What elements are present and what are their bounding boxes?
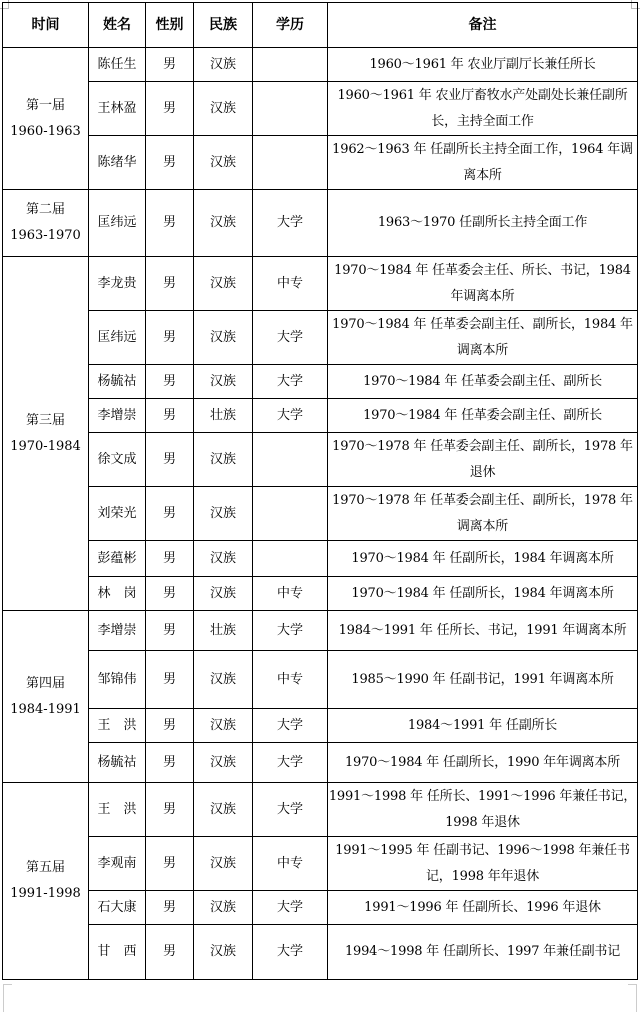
header-note: 备注 xyxy=(328,3,638,48)
table-row: 刘荣光男汉族1970～1978 年 任革委会副主任、副所长，1978 年调离本所 xyxy=(3,487,638,541)
table-row: 第三届1970-1984李龙贵男汉族中专1970～1984 年 任革委会主任、所… xyxy=(3,257,638,311)
ethnicity-cell: 汉族 xyxy=(194,311,253,365)
header-name: 姓名 xyxy=(89,3,146,48)
header-ethnicity: 民族 xyxy=(194,3,253,48)
education-cell: 大学 xyxy=(253,709,328,743)
education-cell xyxy=(253,82,328,136)
ethnicity-cell: 汉族 xyxy=(194,783,253,837)
table-row: 杨毓祜男汉族大学1970～1984 年 任副所长，1990 年年调离本所 xyxy=(3,743,638,783)
name-cell: 刘荣光 xyxy=(89,487,146,541)
ethnicity-cell: 汉族 xyxy=(194,743,253,783)
ethnicity-cell: 汉族 xyxy=(194,577,253,611)
note-cell: 1970～1978 年 任革委会副主任、副所长，1978 年调离本所 xyxy=(328,487,638,541)
table-row: 李增崇男壮族大学1970～1984 年 任革委会副主任、副所长 xyxy=(3,399,638,433)
education-cell xyxy=(253,48,328,82)
term-name: 第五届 xyxy=(3,855,88,881)
name-cell: 陈绪华 xyxy=(89,136,146,190)
gender-cell: 男 xyxy=(146,837,194,891)
education-cell: 大学 xyxy=(253,611,328,651)
ethnicity-cell: 汉族 xyxy=(194,925,253,980)
note-cell: 1994～1998 年 任副所长、1997 年兼任副书记 xyxy=(328,925,638,980)
term-cell: 第四届1984-1991 xyxy=(3,611,89,783)
gender-cell: 男 xyxy=(146,709,194,743)
education-cell xyxy=(253,541,328,577)
ethnicity-cell: 汉族 xyxy=(194,257,253,311)
ethnicity-cell: 壮族 xyxy=(194,611,253,651)
name-cell: 杨毓祜 xyxy=(89,365,146,399)
gender-cell: 男 xyxy=(146,433,194,487)
table-row: 甘 西男汉族大学1994～1998 年 任副所长、1997 年兼任副书记 xyxy=(3,925,638,980)
table-row: 邹锦伟男汉族中专1985～1990 年 任副书记，1991 年调离本所 xyxy=(3,651,638,709)
name-cell: 石大康 xyxy=(89,891,146,925)
header-education: 学历 xyxy=(253,3,328,48)
term-years: 1963-1970 xyxy=(3,223,88,249)
ethnicity-cell: 汉族 xyxy=(194,48,253,82)
page-corner-mark xyxy=(628,984,637,1012)
note-cell: 1984～1991 年 任副所长 xyxy=(328,709,638,743)
gender-cell: 男 xyxy=(146,190,194,257)
name-cell: 李增崇 xyxy=(89,611,146,651)
ethnicity-cell: 汉族 xyxy=(194,190,253,257)
education-cell xyxy=(253,433,328,487)
note-cell: 1984～1991 年 任所长、书记，1991 年调离本所 xyxy=(328,611,638,651)
note-cell: 1970～1984 年 任副所长，1984 年调离本所 xyxy=(328,577,638,611)
ethnicity-cell: 汉族 xyxy=(194,487,253,541)
name-cell: 王 洪 xyxy=(89,709,146,743)
name-cell: 李观南 xyxy=(89,837,146,891)
term-name: 第二届 xyxy=(3,197,88,223)
name-cell: 王 洪 xyxy=(89,783,146,837)
education-cell: 大学 xyxy=(253,925,328,980)
note-cell: 1962～1963 年 任副所长主持全面工作，1964 年调离本所 xyxy=(328,136,638,190)
table-row: 王林盈男汉族1960～1961 年 农业厅畜牧水产处副处长兼任副所长，主持全面工… xyxy=(3,82,638,136)
table-row: 第四届1984-1991李增崇男壮族大学1984～1991 年 任所长、书记，1… xyxy=(3,611,638,651)
gender-cell: 男 xyxy=(146,783,194,837)
name-cell: 邹锦伟 xyxy=(89,651,146,709)
page-corner-mark xyxy=(3,984,12,1012)
note-cell: 1963～1970 任副所长主持全面工作 xyxy=(328,190,638,257)
note-cell: 1991～1998 年 任所长、1991～1996 年兼任书记，1998 年退休 xyxy=(328,783,638,837)
gender-cell: 男 xyxy=(146,611,194,651)
table-row: 李观南男汉族中专1991～1995 年 任副书记、1996～1998 年兼任书记… xyxy=(3,837,638,891)
note-cell: 1985～1990 年 任副书记，1991 年调离本所 xyxy=(328,651,638,709)
note-cell: 1970～1984 年 任革委会副主任、副所长，1984 年调离本所 xyxy=(328,311,638,365)
ethnicity-cell: 汉族 xyxy=(194,136,253,190)
ethnicity-cell: 汉族 xyxy=(194,82,253,136)
note-cell: 1960～1961 年 农业厅副厅长兼任所长 xyxy=(328,48,638,82)
table-row: 彭蕴彬男汉族1970～1984 年 任副所长，1984 年调离本所 xyxy=(3,541,638,577)
gender-cell: 男 xyxy=(146,743,194,783)
term-name: 第一届 xyxy=(3,93,88,119)
note-cell: 1970～1978 年 任革委会副主任、副所长，1978 年退休 xyxy=(328,433,638,487)
header-time: 时间 xyxy=(3,3,89,48)
education-cell: 大学 xyxy=(253,311,328,365)
education-cell: 中专 xyxy=(253,257,328,311)
name-cell: 匡纬远 xyxy=(89,311,146,365)
education-cell xyxy=(253,487,328,541)
term-cell: 第一届1960-1963 xyxy=(3,48,89,190)
ethnicity-cell: 汉族 xyxy=(194,891,253,925)
name-cell: 李龙贵 xyxy=(89,257,146,311)
term-years: 1984-1991 xyxy=(3,697,88,723)
table-row: 陈绪华男汉族1962～1963 年 任副所长主持全面工作，1964 年调离本所 xyxy=(3,136,638,190)
note-cell: 1960～1961 年 农业厅畜牧水产处副处长兼任副所长，主持全面工作 xyxy=(328,82,638,136)
gender-cell: 男 xyxy=(146,311,194,365)
gender-cell: 男 xyxy=(146,365,194,399)
term-name: 第三届 xyxy=(3,408,88,434)
ethnicity-cell: 壮族 xyxy=(194,399,253,433)
name-cell: 匡纬远 xyxy=(89,190,146,257)
header-gender: 性别 xyxy=(146,3,194,48)
term-cell: 第三届1970-1984 xyxy=(3,257,89,611)
note-cell: 1991～1996 年 任副所长、1996 年退休 xyxy=(328,891,638,925)
table-row: 匡纬远男汉族大学1970～1984 年 任革委会副主任、副所长，1984 年调离… xyxy=(3,311,638,365)
table-row: 林 岗男汉族中专1970～1984 年 任副所长，1984 年调离本所 xyxy=(3,577,638,611)
ethnicity-cell: 汉族 xyxy=(194,651,253,709)
note-cell: 1970～1984 年 任副所长，1990 年年调离本所 xyxy=(328,743,638,783)
education-cell: 大学 xyxy=(253,190,328,257)
education-cell: 大学 xyxy=(253,365,328,399)
education-cell: 大学 xyxy=(253,891,328,925)
name-cell: 王林盈 xyxy=(89,82,146,136)
table-row: 第二届1963-1970匡纬远男汉族大学1963～1970 任副所长主持全面工作 xyxy=(3,190,638,257)
term-cell: 第五届1991-1998 xyxy=(3,783,89,980)
table-row: 第五届1991-1998王 洪男汉族大学1991～1998 年 任所长、1991… xyxy=(3,783,638,837)
education-cell: 大学 xyxy=(253,399,328,433)
term-years: 1991-1998 xyxy=(3,881,88,907)
name-cell: 彭蕴彬 xyxy=(89,541,146,577)
ethnicity-cell: 汉族 xyxy=(194,541,253,577)
note-cell: 1970～1984 年 任革委会主任、所长、书记，1984 年调离本所 xyxy=(328,257,638,311)
education-cell: 中专 xyxy=(253,651,328,709)
table-row: 徐文成男汉族1970～1978 年 任革委会副主任、副所长，1978 年退休 xyxy=(3,433,638,487)
name-cell: 甘 西 xyxy=(89,925,146,980)
gender-cell: 男 xyxy=(146,487,194,541)
gender-cell: 男 xyxy=(146,136,194,190)
gender-cell: 男 xyxy=(146,399,194,433)
gender-cell: 男 xyxy=(146,82,194,136)
term-years: 1960-1963 xyxy=(3,119,88,145)
header-row: 时间 姓名 性别 民族 学历 备注 xyxy=(3,3,638,48)
ethnicity-cell: 汉族 xyxy=(194,709,253,743)
gender-cell: 男 xyxy=(146,48,194,82)
table-row: 石大康男汉族大学1991～1996 年 任副所长、1996 年退休 xyxy=(3,891,638,925)
table-row: 杨毓祜男汉族大学1970～1984 年 任革委会副主任、副所长 xyxy=(3,365,638,399)
term-cell: 第二届1963-1970 xyxy=(3,190,89,257)
gender-cell: 男 xyxy=(146,577,194,611)
gender-cell: 男 xyxy=(146,257,194,311)
name-cell: 李增崇 xyxy=(89,399,146,433)
table-row: 王 洪男汉族大学1984～1991 年 任副所长 xyxy=(3,709,638,743)
name-cell: 杨毓祜 xyxy=(89,743,146,783)
name-cell: 徐文成 xyxy=(89,433,146,487)
ethnicity-cell: 汉族 xyxy=(194,433,253,487)
ethnicity-cell: 汉族 xyxy=(194,365,253,399)
education-cell xyxy=(253,136,328,190)
term-years: 1970-1984 xyxy=(3,434,88,460)
table-row: 第一届1960-1963陈任生男汉族1960～1961 年 农业厅副厅长兼任所长 xyxy=(3,48,638,82)
education-cell: 大学 xyxy=(253,783,328,837)
education-cell: 中专 xyxy=(253,577,328,611)
note-cell: 1970～1984 年 任副所长，1984 年调离本所 xyxy=(328,541,638,577)
gender-cell: 男 xyxy=(146,651,194,709)
gender-cell: 男 xyxy=(146,925,194,980)
note-cell: 1970～1984 年 任革委会副主任、副所长 xyxy=(328,365,638,399)
name-cell: 陈任生 xyxy=(89,48,146,82)
gender-cell: 男 xyxy=(146,541,194,577)
note-cell: 1970～1984 年 任革委会副主任、副所长 xyxy=(328,399,638,433)
gender-cell: 男 xyxy=(146,891,194,925)
note-cell: 1991～1995 年 任副书记、1996～1998 年兼任书记，1998 年年… xyxy=(328,837,638,891)
term-name: 第四届 xyxy=(3,671,88,697)
leadership-table: 时间 姓名 性别 民族 学历 备注 第一届1960-1963陈任生男汉族1960… xyxy=(2,2,638,980)
education-cell: 中专 xyxy=(253,837,328,891)
ethnicity-cell: 汉族 xyxy=(194,837,253,891)
name-cell: 林 岗 xyxy=(89,577,146,611)
education-cell: 大学 xyxy=(253,743,328,783)
